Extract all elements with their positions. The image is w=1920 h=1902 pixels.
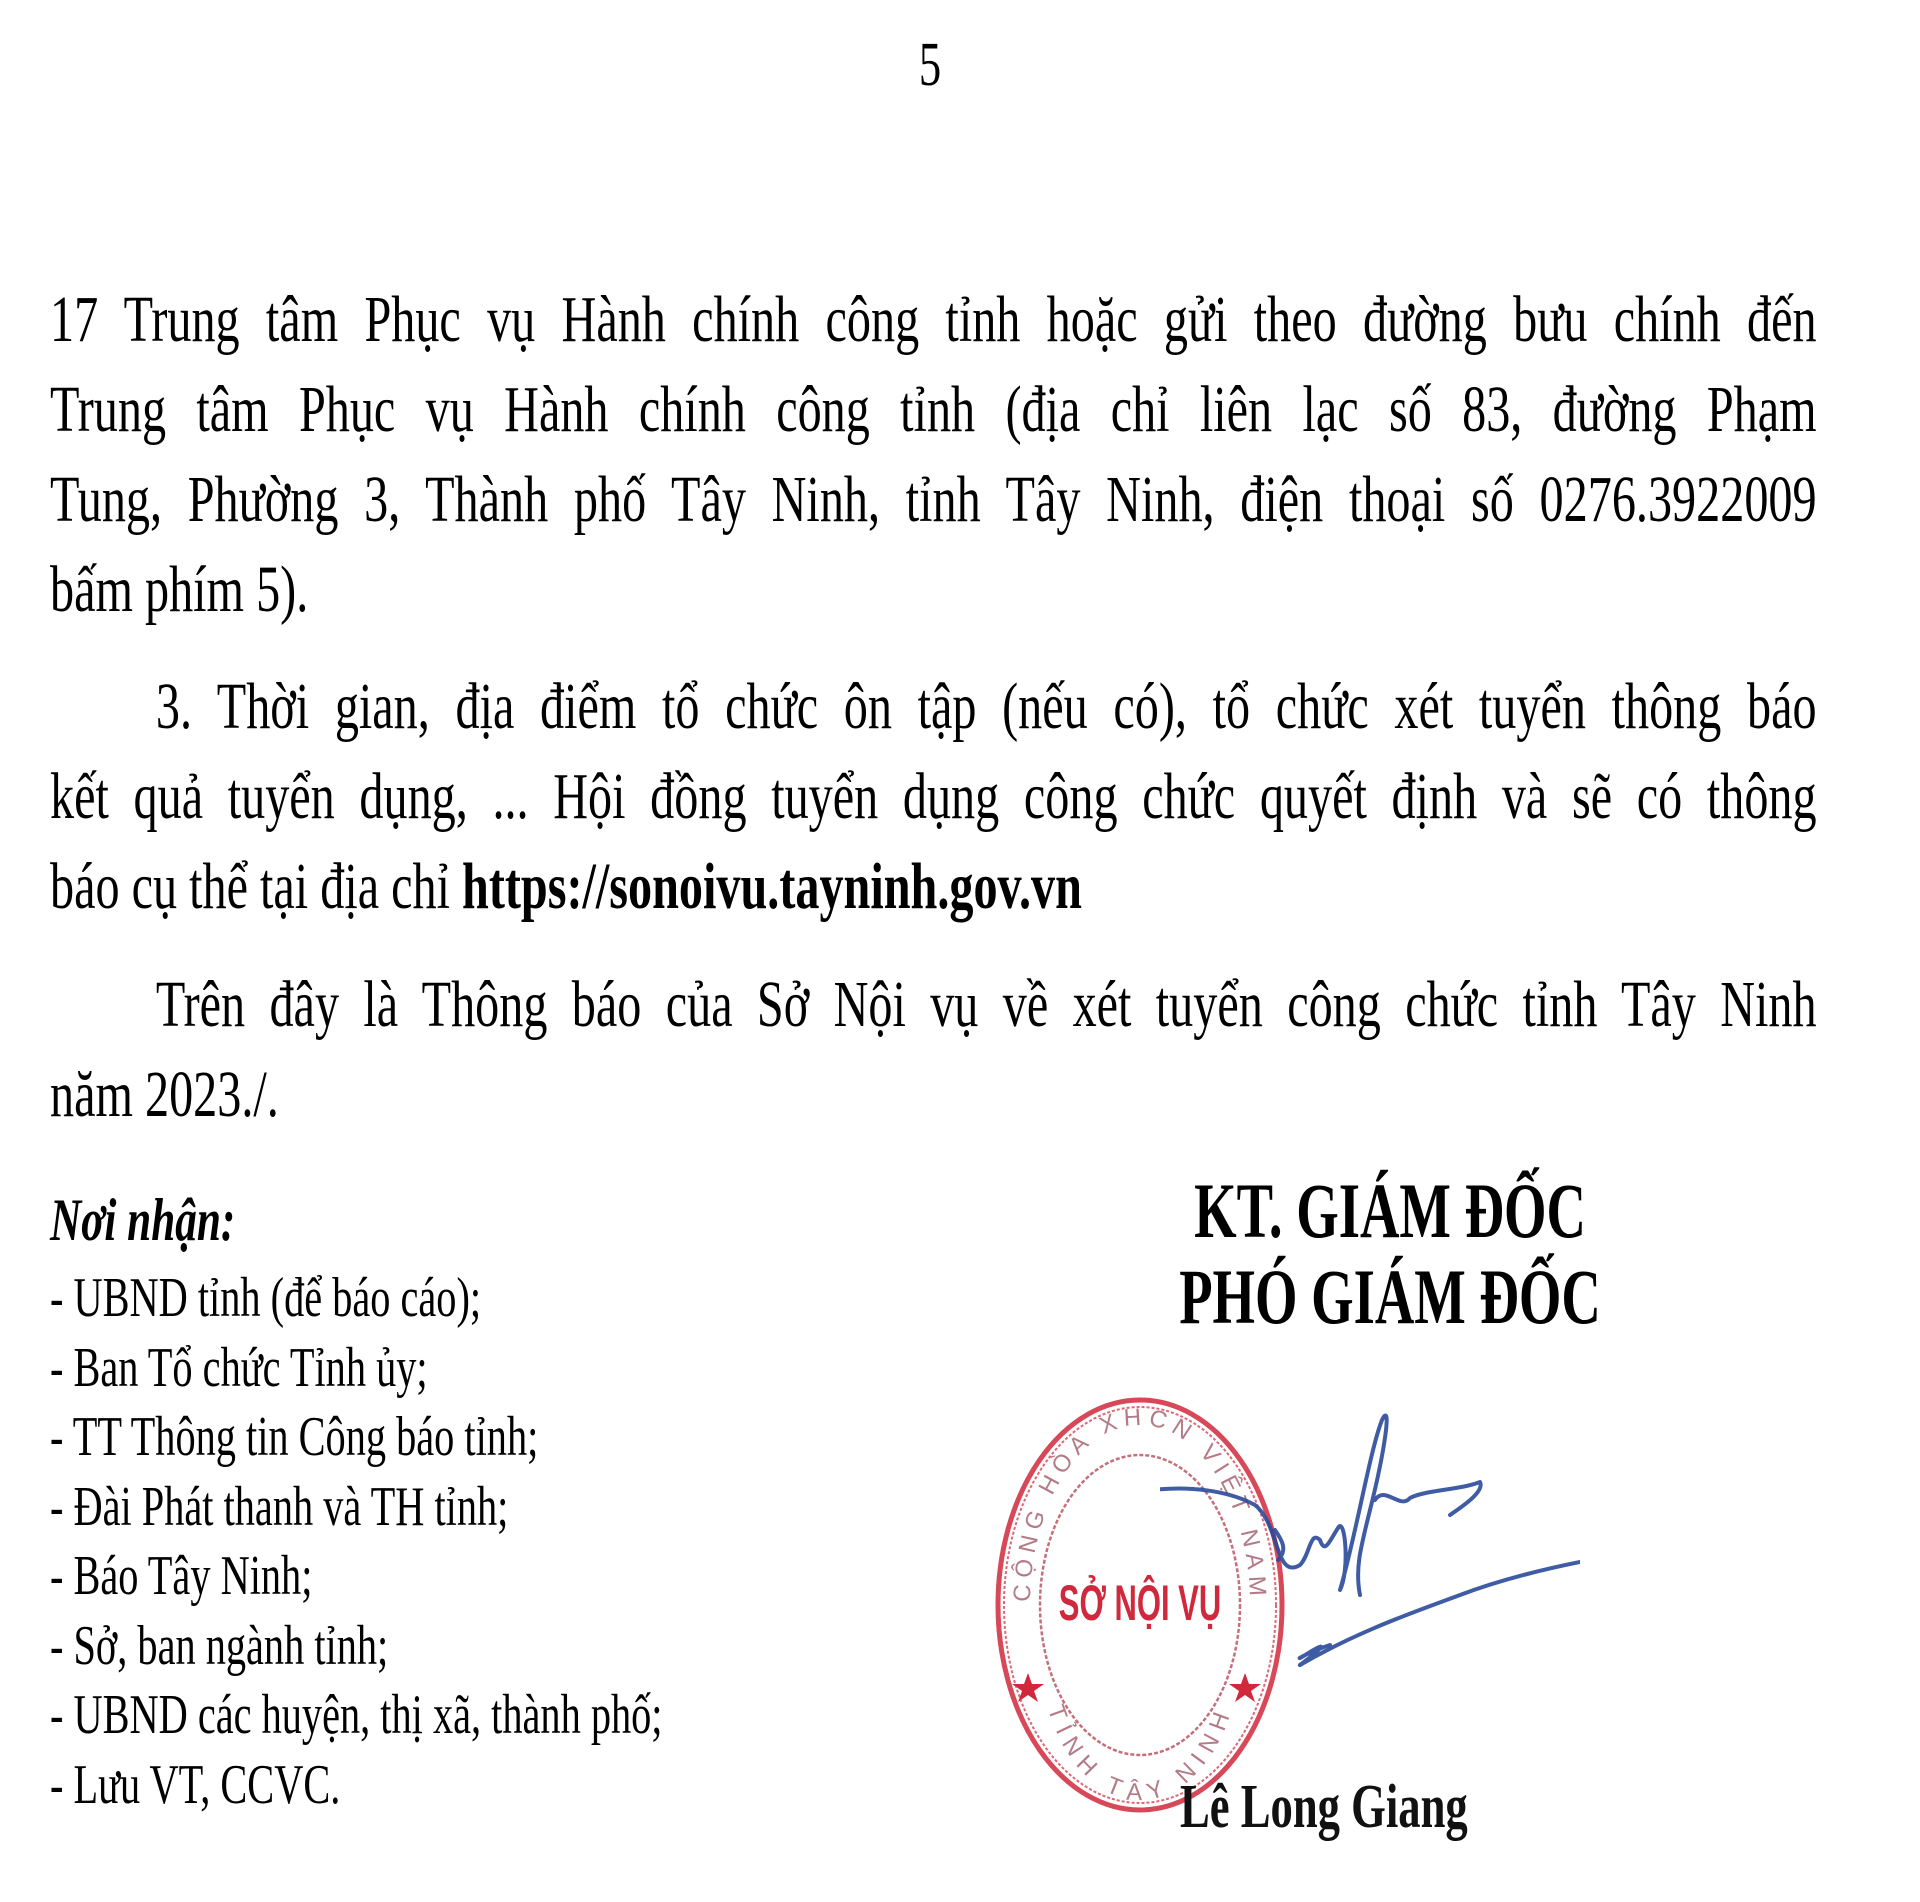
page-number: 5 <box>260 30 1599 100</box>
paragraph-1-line-2: Trung tâm Phục vụ Hành chính công tỉnh (… <box>50 365 1817 455</box>
paragraph-1-line-4: bấm phím 5). <box>50 545 1817 635</box>
paragraph-1-line-3: Tung, Phường 3, Thành phố Tây Ninh, tỉnh… <box>50 455 1817 545</box>
signature-block: KT. GIÁM ĐỐC PHÓ GIÁM ĐỐC <box>1040 1168 1740 1340</box>
recipient-item: - UBND các huyện, thị xã, thành phố; <box>50 1681 663 1751</box>
paragraph-3-line-1: Trên đây là Thông báo của Sở Nội vụ về x… <box>50 960 1817 1050</box>
paragraph-2-line-2: kết quả tuyển dụng, ... Hội đồng tuyển d… <box>50 752 1817 842</box>
recipient-item: - TT Thông tin Công báo tỉnh; <box>50 1403 663 1473</box>
recipient-item: - Sở, ban ngành tỉnh; <box>50 1612 663 1682</box>
recipient-item: - UBND tỉnh (để báo cáo); <box>50 1264 663 1334</box>
recipient-item: - Ban Tổ chức Tỉnh ủy; <box>50 1334 663 1404</box>
recipient-item: - Đài Phát thanh và TH tỉnh; <box>50 1473 663 1543</box>
recipient-item: - Báo Tây Ninh; <box>50 1542 663 1612</box>
website-link[interactable]: https://sonoivu.tayninh.gov.vn <box>462 850 1082 923</box>
signature-title-line-2: PHÓ GIÁM ĐỐC <box>1145 1254 1635 1340</box>
handwritten-signature-icon <box>1160 1390 1580 1720</box>
recipients-title: Nơi nhận: <box>50 1180 663 1260</box>
signer-name: Lê Long Giang <box>1180 1772 1468 1842</box>
paragraph-2-line-3-text: báo cụ thể tại địa chỉ <box>50 850 462 923</box>
paragraph-2-line-3: báo cụ thể tại địa chỉ https://sonoivu.t… <box>50 842 1817 932</box>
paragraph-2-line-1: 3. Thời gian, địa điểm tổ chức ôn tập (n… <box>50 662 1817 752</box>
recipient-item: - Lưu VT, CCVC. <box>50 1751 663 1821</box>
paragraph-3-line-2: năm 2023./. <box>50 1050 1817 1140</box>
recipients-block: Nơi nhận: - UBND tỉnh (để báo cáo); - Ba… <box>50 1180 663 1820</box>
paragraph-1-line-1: 17 Trung tâm Phục vụ Hành chính công tỉn… <box>50 275 1817 365</box>
signature-title-line-1: KT. GIÁM ĐỐC <box>1145 1168 1635 1254</box>
recipients-list: - UBND tỉnh (để báo cáo); - Ban Tổ chức … <box>50 1264 663 1820</box>
